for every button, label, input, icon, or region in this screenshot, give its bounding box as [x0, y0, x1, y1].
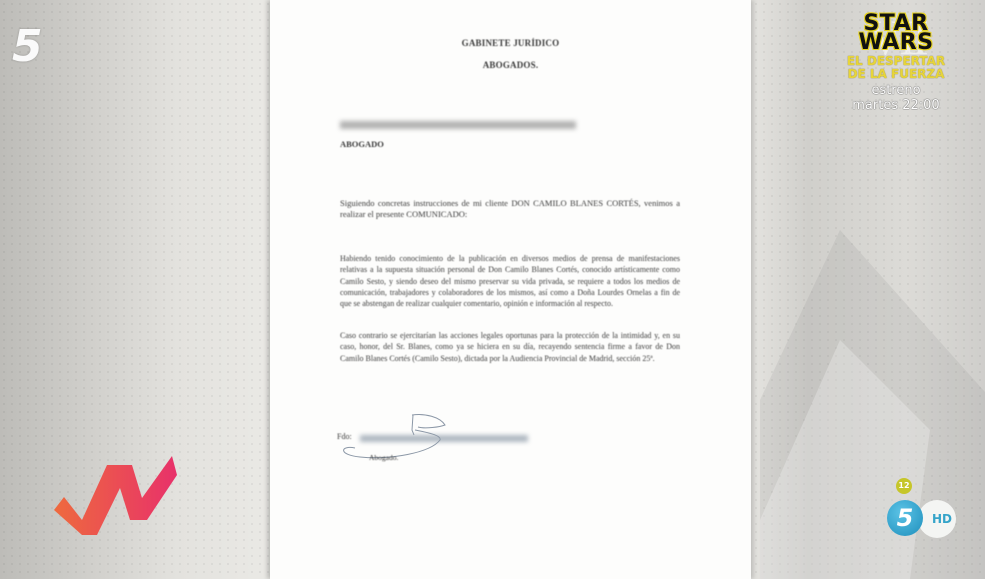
hd-badge: HD — [918, 500, 956, 538]
statement-paragraph-1: Habiendo tenido conocimiento de la publi… — [340, 253, 680, 309]
promo-title-line2: WARS — [836, 33, 956, 52]
channel-5-hd-logo: 5 — [887, 500, 923, 536]
redacted-lawyer-name — [340, 121, 576, 129]
intro-paragraph: Siguiendo concretas instrucciones de mi … — [340, 198, 680, 221]
signature-role: Abogado. — [369, 453, 398, 462]
age-rating-badge: 12 — [896, 478, 912, 494]
show-logo-icon — [52, 440, 182, 535]
channel-5-logo: 5 — [12, 26, 44, 68]
legal-document-page: GABINETE JURÍDICO ABOGADOS. ABOGADO Sigu… — [270, 0, 751, 579]
document-header-subtitle: ABOGADOS. — [270, 60, 751, 70]
lawyer-title: ABOGADO — [340, 139, 384, 149]
promo-subtitle-line2: DE LA FUERZA — [836, 68, 956, 81]
signature-label: Fdo: — [337, 432, 352, 441]
promo-schedule-line2: martes 22:00 — [836, 98, 956, 113]
statement-paragraph-2: Caso contrario se ejercitarían las accio… — [340, 330, 680, 364]
redacted-signature-name — [360, 435, 528, 442]
document-header-title: GABINETE JURÍDICO — [270, 38, 751, 48]
star-wars-promo: VII STAR WARS EL DESPERTAR DE LA FUERZA … — [836, 14, 956, 113]
promo-schedule-line1: estreno — [836, 83, 956, 98]
